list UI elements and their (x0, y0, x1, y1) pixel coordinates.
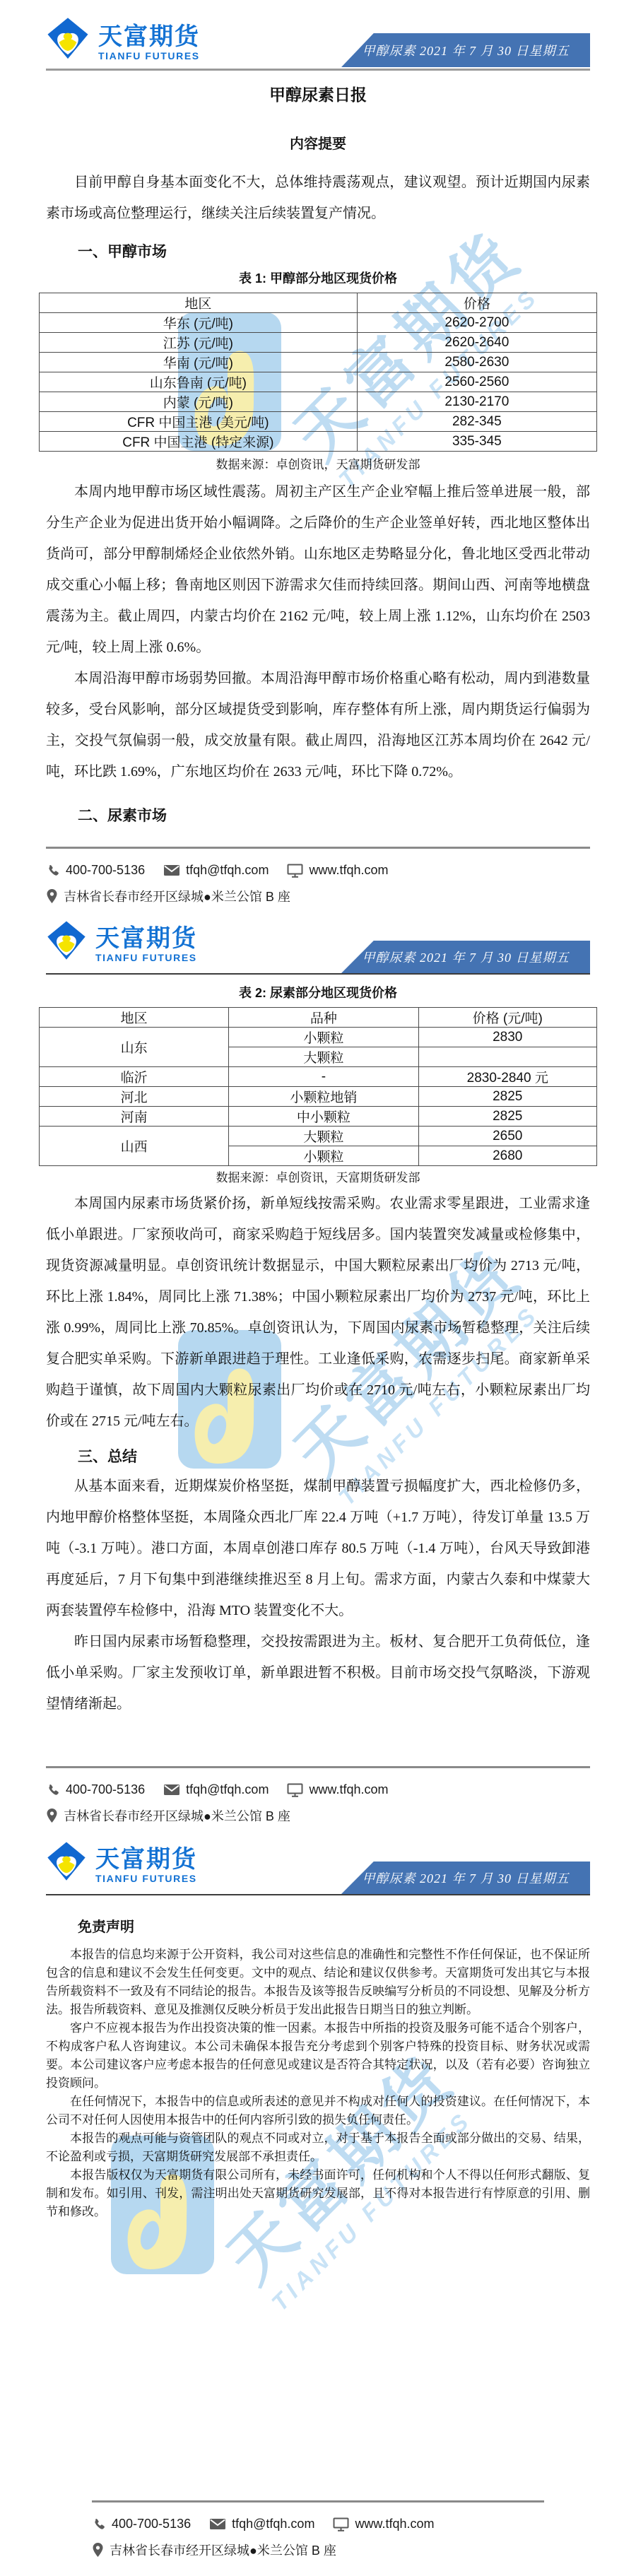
page-header: 天富期货 TIANFU FUTURES 甲醇尿素 2021 年 7 月 30 日… (46, 914, 590, 975)
table-row: 华东 (元/吨)2620-2700 (40, 313, 597, 333)
table-header-cell: 地区 (40, 1008, 229, 1028)
table-cell: 2830 (418, 1028, 597, 1047)
table-cell: 2560-2560 (357, 372, 596, 392)
email-contact: tfqh@tfqh.com (163, 863, 269, 878)
summary-paragraph: 目前甲醇自身基本面变化不大，总体维持震荡观点，建议观望。预计近期国内尿素素市场或… (46, 167, 590, 229)
phone-number: 400-700-5136 (66, 863, 145, 878)
table-cell: 2650 (418, 1127, 597, 1146)
phone-icon (46, 864, 60, 878)
logo-text: 天富期货 TIANFU FUTURES (95, 927, 197, 963)
table-row: 山西 大颗粒 2650 (40, 1127, 597, 1146)
section-heading-methanol: 一、甲醇市场 (46, 240, 590, 261)
table-cell (418, 1047, 597, 1067)
table-row: CFR 中国主港 (特定来源)335-345 (40, 432, 597, 452)
data-source-note: 数据来源：卓创资讯，天富期货研发部 (0, 454, 636, 472)
page-header: 天富期货 TIANFU FUTURES 甲醇尿素 2021 年 7 月 30 日… (46, 1835, 590, 1895)
contact-row: 400-700-5136 tfqh@tfqh.com www.tfqh.com (92, 2517, 544, 2531)
website-contact: www.tfqh.com (287, 1782, 388, 1797)
email-address: tfqh@tfqh.com (232, 2517, 314, 2531)
table-cell: 2825 (418, 1107, 597, 1127)
table-row: 地区 品种 价格 (元/吨) (40, 1008, 597, 1028)
company-address: 吉林省长春市经开区绿城●米兰公馆 B 座 (64, 887, 290, 905)
website-icon (287, 864, 303, 878)
address-row: 吉林省长春市经开区绿城●米兰公馆 B 座 (92, 2541, 544, 2559)
summary-paragraph-2: 昨日国内尿素市场暂稳整理，交投按需跟进为主。板材、复合肥开工负荷低位，逢低小单采… (46, 1626, 590, 1719)
summary-paragraph-1: 从基本面来看，近期煤炭价格坚挺，煤制甲醇装置亏损幅度扩大，西北检修仍多，内地甲醇… (46, 1471, 590, 1626)
summary-heading: 内容提要 (0, 132, 636, 153)
email-address: tfqh@tfqh.com (186, 1782, 269, 1797)
disclaimer-body: 本报告的信息均来源于公开资料，我公司对这些信息的准确性和完整性不作任何保证，也不… (0, 1946, 636, 2221)
phone-contact: 400-700-5136 (46, 1782, 145, 1797)
tianfu-logo-icon (46, 919, 87, 970)
table-cell: 2580-2630 (357, 353, 596, 372)
phone-number: 400-700-5136 (66, 1782, 145, 1797)
table-cell: CFR 中国主港 (美元/吨) (40, 412, 358, 432)
page-footer: 400-700-5136 tfqh@tfqh.com www.tfqh.com … (46, 1766, 590, 1830)
table-cell: 山东 (40, 1028, 229, 1067)
table-cell: 山西 (40, 1127, 229, 1166)
table-row: CFR 中国主港 (美元/吨)282-345 (40, 412, 597, 432)
table-row: 山东鲁南 (元/吨)2560-2560 (40, 372, 597, 392)
logo-text: 天富期货 TIANFU FUTURES (98, 25, 200, 61)
page-footer: 400-700-5136 tfqh@tfqh.com www.tfqh.com … (46, 847, 590, 911)
table-header-cell: 品种 (229, 1008, 418, 1028)
table-cell: 江苏 (元/吨) (40, 333, 358, 353)
table-cell: 河南 (40, 1107, 229, 1127)
tianfu-logo-icon (46, 16, 90, 70)
logo-text: 天富期货 TIANFU FUTURES (95, 1847, 197, 1884)
phone-icon (92, 2517, 106, 2531)
disclaimer-paragraph: 客户不应视本报告为作出投资决策的惟一因素。本报告中所指的投资及服务可能不适合个别… (46, 2019, 590, 2093)
table2-caption: 表 2: 尿素部分地区现货价格 (0, 983, 636, 1001)
table-cell: 小颗粒 (229, 1146, 418, 1166)
contact-row: 400-700-5136 tfqh@tfqh.com www.tfqh.com (46, 1782, 590, 1797)
logo-en: TIANFU FUTURES (95, 1873, 197, 1884)
table-cell: 335-345 (357, 432, 596, 452)
date-banner: 甲醇尿素 2021 年 7 月 30 日星期五 (341, 33, 590, 67)
urea-price-table: 地区 品种 价格 (元/吨) 山东 小颗粒 2830 大颗粒 临沂 - 2830… (39, 1007, 597, 1166)
report-title: 甲醇尿素日报 (0, 82, 636, 105)
table-cell: 小颗粒 (229, 1028, 418, 1047)
disclaimer-paragraph: 本报告的信息均来源于公开资料，我公司对这些信息的准确性和完整性不作任何保证，也不… (46, 1946, 590, 2019)
table-row: 地区 价格 (40, 293, 597, 313)
phone-contact: 400-700-5136 (92, 2517, 191, 2531)
address-row: 吉林省长春市经开区绿城●米兰公馆 B 座 (46, 887, 590, 905)
website-url: www.tfqh.com (309, 863, 388, 878)
phone-icon (46, 1783, 60, 1797)
table-cell: 临沂 (40, 1067, 229, 1087)
table-cell: 2830-2840 元 (418, 1067, 597, 1087)
table-cell: - (229, 1067, 418, 1087)
location-pin-icon (92, 2542, 104, 2558)
table-cell: 河北 (40, 1087, 229, 1107)
methanol-paragraph-2: 本周沿海甲醇市场弱势回撤。本周沿海甲醇市场价格重心略有松动，周内到港数量较多，受… (46, 663, 590, 787)
address-row: 吉林省长春市经开区绿城●米兰公馆 B 座 (46, 1806, 590, 1825)
disclaimer-paragraph: 本报告的观点可能与资管团队的观点不同或对立，对于基于本报告全面或部分做出的交易、… (46, 2129, 590, 2166)
table-cell: 山东鲁南 (元/吨) (40, 372, 358, 392)
email-icon (209, 2518, 226, 2530)
logo-cn: 天富期货 (98, 25, 200, 50)
contact-row: 400-700-5136 tfqh@tfqh.com www.tfqh.com (46, 863, 590, 878)
table-cell: 大颗粒 (229, 1047, 418, 1067)
disclaimer-heading: 免责声明 (46, 1915, 590, 1936)
report-page: 天富期货 TIANFU FUTURES 天富期货 TIANFU FUTURES … (0, 0, 636, 2576)
table-cell: 大颗粒 (229, 1127, 418, 1146)
table-cell: 2825 (418, 1087, 597, 1107)
table-row: 临沂 - 2830-2840 元 (40, 1067, 597, 1087)
table-cell: 2620-2640 (357, 333, 596, 353)
table-cell: 2680 (418, 1146, 597, 1166)
email-contact: tfqh@tfqh.com (209, 2517, 314, 2531)
urea-paragraph-1: 本周国内尿素市场货紧价扬，新单短线按需采购。农业需求零星跟进，工业需求逢低小单跟… (46, 1188, 590, 1437)
table-row: 河北 小颗粒地销 2825 (40, 1087, 597, 1107)
methanol-price-table: 地区 价格 华东 (元/吨)2620-2700 江苏 (元/吨)2620-264… (39, 293, 597, 452)
section-heading-urea: 二、尿素市场 (46, 804, 590, 825)
phone-number: 400-700-5136 (112, 2517, 191, 2531)
table-cell: 2620-2700 (357, 313, 596, 333)
date-banner: 甲醇尿素 2021 年 7 月 30 日星期五 (341, 1862, 590, 1894)
table-cell: 华东 (元/吨) (40, 313, 358, 333)
table-cell: 华南 (元/吨) (40, 353, 358, 372)
logo-en: TIANFU FUTURES (95, 952, 197, 963)
website-icon (333, 2517, 349, 2531)
data-source-note: 数据来源：卓创资讯，天富期货研发部 (0, 1168, 636, 1185)
company-address: 吉林省长春市经开区绿城●米兰公馆 B 座 (64, 1806, 290, 1825)
table-row: 华南 (元/吨)2580-2630 (40, 353, 597, 372)
email-icon (163, 864, 180, 876)
website-url: www.tfqh.com (355, 2517, 434, 2531)
website-url: www.tfqh.com (309, 1782, 388, 1797)
logo-en: TIANFU FUTURES (98, 50, 200, 61)
table-cell: 282-345 (357, 412, 596, 432)
company-address: 吉林省长春市经开区绿城●米兰公馆 B 座 (110, 2541, 336, 2559)
table-row: 江苏 (元/吨)2620-2640 (40, 333, 597, 353)
location-pin-icon (46, 888, 58, 904)
section-heading-summary: 三、总结 (46, 1445, 590, 1466)
table-cell: CFR 中国主港 (特定来源) (40, 432, 358, 452)
tianfu-logo-icon (46, 1840, 87, 1891)
logo-cn: 天富期货 (95, 1847, 197, 1873)
website-contact: www.tfqh.com (287, 863, 388, 878)
date-banner: 甲醇尿素 2021 年 7 月 30 日星期五 (341, 941, 590, 973)
disclaimer-paragraph: 本报告版权仅为天富期货有限公司所有，未经书面许可，任何机构和个人不得以任何形式翻… (46, 2166, 590, 2221)
phone-contact: 400-700-5136 (46, 863, 145, 878)
table-header-cell: 价格 (元/吨) (418, 1008, 597, 1028)
email-address: tfqh@tfqh.com (186, 863, 269, 878)
table1-caption: 表 1: 甲醇部分地区现货价格 (0, 269, 636, 287)
table-row: 山东 小颗粒 2830 (40, 1028, 597, 1047)
page-footer: 400-700-5136 tfqh@tfqh.com www.tfqh.com … (92, 2500, 544, 2565)
email-contact: tfqh@tfqh.com (163, 1782, 269, 1797)
page-header: 天富期货 TIANFU FUTURES 甲醇尿素 2021 年 7 月 30 日… (46, 0, 590, 71)
table-cell: 内蒙 (元/吨) (40, 392, 358, 412)
disclaimer-paragraph: 在任何情况下，本报告中的信息或所表述的意见并不构成对任何人的投资建议。在任何情况… (46, 2093, 590, 2129)
logo-cn: 天富期货 (95, 927, 197, 952)
website-icon (287, 1783, 303, 1797)
table-cell: 小颗粒地销 (229, 1087, 418, 1107)
email-icon (163, 1784, 180, 1796)
table-row: 河南 中小颗粒 2825 (40, 1107, 597, 1127)
table-cell: 中小颗粒 (229, 1107, 418, 1127)
table-row: 内蒙 (元/吨)2130-2170 (40, 392, 597, 412)
table-header-cell: 地区 (40, 293, 358, 313)
location-pin-icon (46, 1808, 58, 1823)
table-cell: 2130-2170 (357, 392, 596, 412)
methanol-paragraph-1: 本周内地甲醇市场区域性震荡。周初主产区生产企业窄幅上推后签单进展一般，部分生产企… (46, 476, 590, 663)
website-contact: www.tfqh.com (333, 2517, 434, 2531)
table-header-cell: 价格 (357, 293, 596, 313)
